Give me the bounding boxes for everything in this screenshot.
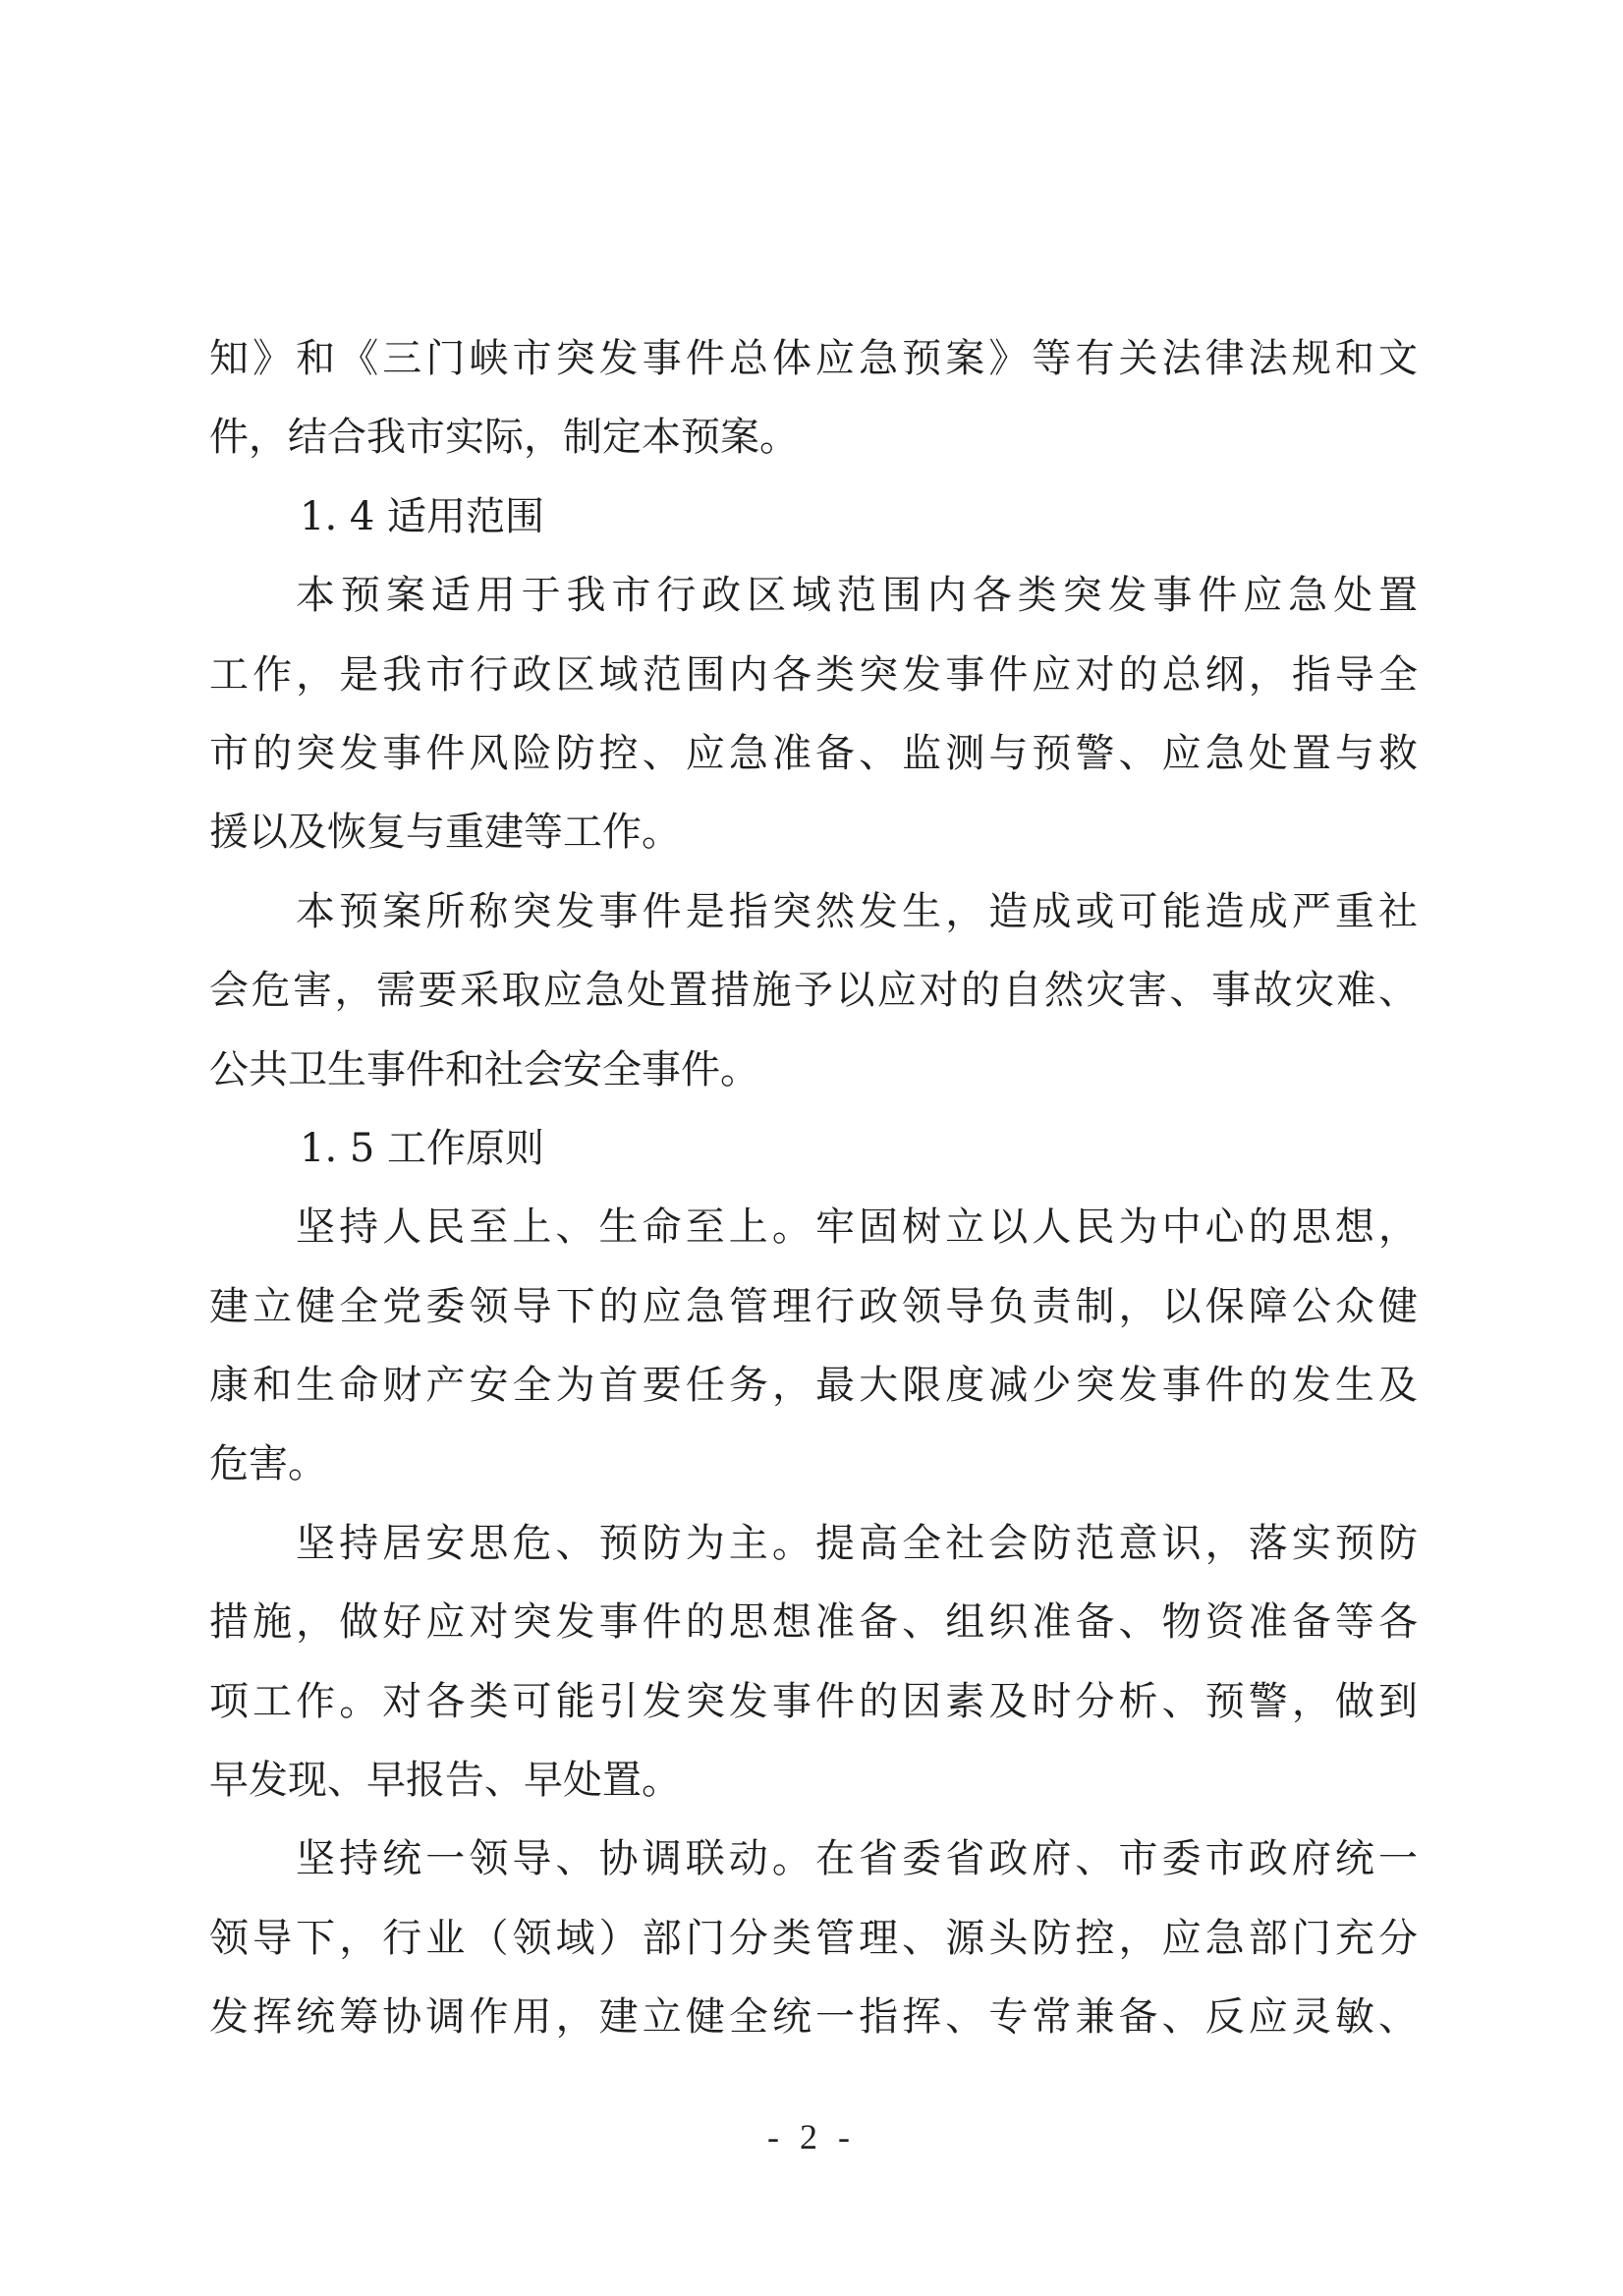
document-page: 知》和《三门峡市突发事件总体应急预案》等有关法律法规和文 件，结合我市实际，制定…	[0, 0, 1623, 2296]
paragraph-line: 本预案适用于我市行政区域范围内各类突发事件应急处置	[209, 556, 1418, 635]
section-heading-1-4: 1. 4 适用范围	[209, 477, 1418, 556]
document-body: 知》和《三门峡市突发事件总体应急预案》等有关法律法规和文 件，结合我市实际，制定…	[209, 319, 1418, 2057]
paragraph-line: 措施，做好应对突发事件的思想准备、组织准备、物资准备等各	[209, 1583, 1418, 1661]
paragraph-line: 发挥统筹协调作用，建立健全统一指挥、专常兼备、反应灵敏、	[209, 1978, 1418, 2056]
paragraph-line: 项工作。对各类可能引发突发事件的因素及时分析、预警，做到	[209, 1662, 1418, 1741]
paragraph-line: 件，结合我市实际，制定本预案。	[209, 398, 1418, 476]
paragraph-line: 工作，是我市行政区域范围内各类突发事件应对的总纲，指导全	[209, 636, 1418, 714]
paragraph-line: 坚持人民至上、生命至上。牢固树立以人民为中心的思想，	[209, 1188, 1418, 1266]
paragraph-line: 会危害，需要采取应急处置措施予以应对的自然灾害、事故灾难、	[209, 951, 1418, 1030]
page-number: - 2 -	[0, 2112, 1623, 2161]
paragraph-line: 市的突发事件风险防控、应急准备、监测与预警、应急处置与救	[209, 714, 1418, 793]
paragraph-line: 康和生命财产安全为首要任务，最大限度减少突发事件的发生及	[209, 1346, 1418, 1425]
paragraph-line: 本预案所称突发事件是指突然发生，造成或可能造成严重社	[209, 872, 1418, 951]
paragraph-line: 危害。	[209, 1425, 1418, 1503]
paragraph-line: 领导下，行业（领域）部门分类管理、源头防控，应急部门充分	[209, 1899, 1418, 1978]
paragraph-line: 建立健全党委领导下的应急管理行政领导负责制，以保障公众健	[209, 1267, 1418, 1346]
paragraph-line: 援以及恢复与重建等工作。	[209, 793, 1418, 871]
section-heading-1-5: 1. 5 工作原则	[209, 1109, 1418, 1188]
paragraph-line: 知》和《三门峡市突发事件总体应急预案》等有关法律法规和文	[209, 319, 1418, 398]
paragraph-line: 公共卫生事件和社会安全事件。	[209, 1031, 1418, 1109]
paragraph-line: 早发现、早报告、早处置。	[209, 1741, 1418, 1820]
paragraph-line: 坚持居安思危、预防为主。提高全社会防范意识，落实预防	[209, 1504, 1418, 1583]
paragraph-line: 坚持统一领导、协调联动。在省委省政府、市委市政府统一	[209, 1820, 1418, 1898]
